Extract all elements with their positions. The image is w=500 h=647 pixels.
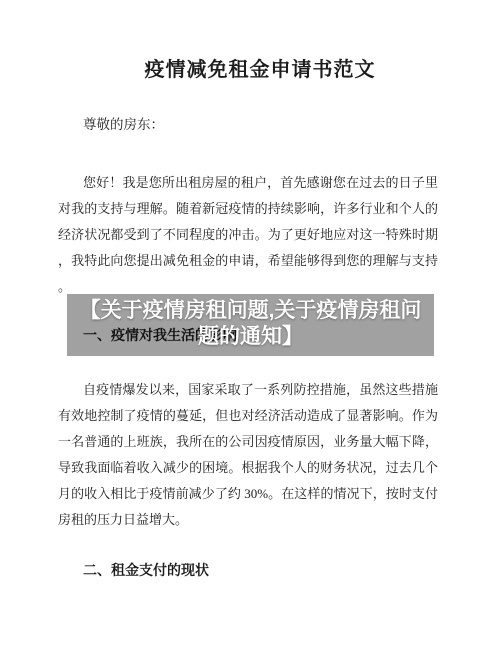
paragraph-1-line-1: 您好！我是您所出租房屋的租户，首先感谢您在过去的日子里 — [58, 170, 438, 196]
paragraph-2: 自疫情爆发以来，国家采取了一系列防控措施，虽然这些措施 有效地控制了疫情的蔓延，… — [58, 377, 438, 533]
paragraph-1-line-2: 对我的支持与理解。随着新冠疫情的持续影响，许多行业和个人的 — [58, 196, 438, 222]
paragraph-1-line-3: 经济状况都受到了不同程度的冲击。为了更好地应对这一特殊时期 — [58, 222, 438, 248]
paragraph-1-line-4: ，我特此向您提出减免租金的申请，希望能够得到您的理解与支持 — [58, 248, 438, 274]
paragraph-2-line-6: 房租的压力日益增大。 — [58, 507, 438, 533]
paragraph-2-line-2: 有效地控制了疫情的蔓延，但也对经济活动造成了显著影响。作为 — [58, 403, 438, 429]
caption-overlay: 【关于疫情房租问题,关于疫情房租问 题的通知】 — [67, 294, 434, 356]
paragraph-2-line-4: 导致我面临着收入减少的困境。根据我个人的财务状况，过去几个 — [58, 455, 438, 481]
document-page: 疫情减免租金申请书范文 尊敬的房东： 您好！我是您所出租房屋的租户，首先感谢您在… — [0, 0, 500, 647]
salutation: 尊敬的房东： — [58, 112, 438, 138]
paragraph-1: 您好！我是您所出租房屋的租户，首先感谢您在过去的日子里 对我的支持与理解。随着新… — [58, 170, 438, 300]
paragraph-2-line-1: 自疫情爆发以来，国家采取了一系列防控措施，虽然这些措施 — [58, 377, 438, 403]
caption-overlay-line-2: 题的通知】 — [67, 324, 434, 350]
caption-overlay-line-1: 【关于疫情房租问题,关于疫情房租问 — [67, 298, 434, 324]
paragraph-2-line-5: 月的收入相比于疫情前减少了约 30%。在这样的情况下，按时支付 — [58, 481, 438, 507]
section-2-heading: 二、租金支付的现状 — [58, 557, 438, 583]
paragraph-2-line-3: 一名普通的上班族，我所在的公司因疫情原因，业务量大幅下降， — [58, 429, 438, 455]
document-title: 疫情减免租金申请书范文 — [70, 57, 450, 84]
